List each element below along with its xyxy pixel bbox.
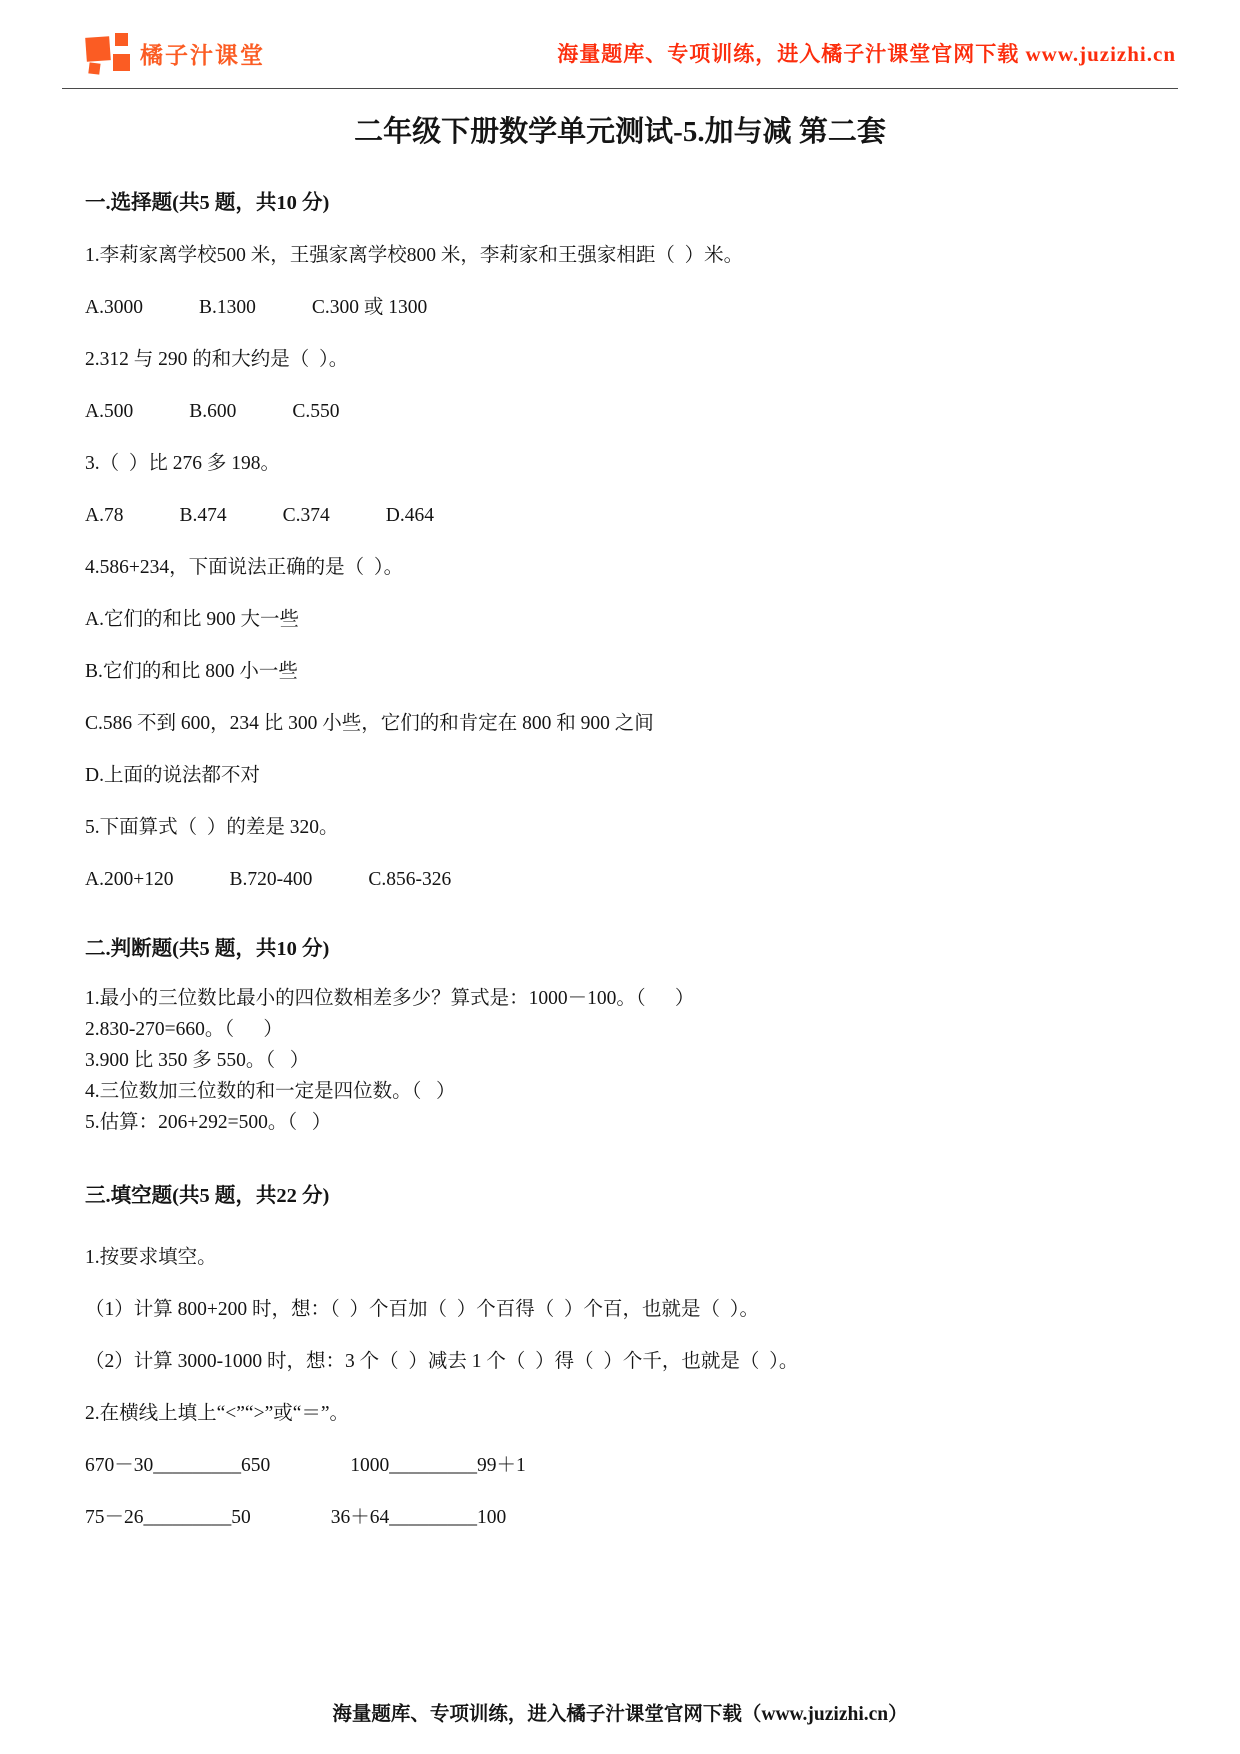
judgement-item-5: 5.估算：206+292=500。（ ） <box>85 1110 1155 1135</box>
compare-row-2: 75－26_________50 36＋64_________100 <box>85 1505 1155 1530</box>
question-2: 2.312 与 290 的和大约是（ ）。 <box>85 347 1155 372</box>
test-content: 一.选择题(共5 题，共10 分) 1.李莉家离学校500 米，王强家离学校80… <box>0 190 1240 1530</box>
brand-logo: 橘子汁课堂 <box>85 30 265 76</box>
compare-expression: 670－30_________650 <box>85 1453 270 1478</box>
judgement-item-4: 4.三位数加三位数的和一定是四位数。（ ） <box>85 1079 1155 1104</box>
option-b: B.600 <box>189 399 236 424</box>
judgement-items: 1.最小的三位数比最小的四位数相差多少？算式是：1000－100。（ ） 2.8… <box>85 986 1155 1135</box>
compare-row-1: 670－30_________650 1000_________99＋1 <box>85 1453 1155 1478</box>
question-1: 1.李莉家离学校500 米，王强家离学校800 米，李莉家和王强家相距（ ）米。 <box>85 243 1155 268</box>
footer-promo-text: 海量题库、专项训练，进入橘子汁课堂官网下载（www.juzizhi.cn） <box>0 1698 1240 1726</box>
option-c: C.856-326 <box>368 867 451 892</box>
question-1-options: A.3000 B.1300 C.300 或 1300 <box>85 295 1155 320</box>
header-divider <box>62 88 1178 89</box>
option-b: B.1300 <box>199 295 256 320</box>
question-2-options: A.500 B.600 C.550 <box>85 399 1155 424</box>
judgement-item-3: 3.900 比 350 多 550。（ ） <box>85 1048 1155 1073</box>
logo-squares-icon <box>85 30 131 76</box>
option-a: A.500 <box>85 399 133 424</box>
question-5-options: A.200+120 B.720-400 C.856-326 <box>85 867 1155 892</box>
question-4-option-a: A.它们的和比 900 大一些 <box>85 607 1155 632</box>
brand-name: 橘子汁课堂 <box>140 37 265 70</box>
section-2-heading: 二.判断题(共5 题，共10 分) <box>85 936 1155 962</box>
question-4-option-b: B.它们的和比 800 小一些 <box>85 659 1155 684</box>
question-4-option-d: D.上面的说法都不对 <box>85 763 1155 788</box>
page-header: 橘子汁课堂 海量题库、专项训练，进入橘子汁课堂官网下载 www.juzizhi.… <box>0 0 1240 76</box>
option-c: C.550 <box>292 399 339 424</box>
judgement-item-2: 2.830-270=660。（ ） <box>85 1017 1155 1042</box>
fill-question-1: 1.按要求填空。 <box>85 1245 1155 1270</box>
option-b: B.720-400 <box>229 867 312 892</box>
question-3: 3.（ ）比 276 多 198。 <box>85 451 1155 476</box>
option-c: C.300 或 1300 <box>312 295 427 320</box>
page-title: 二年级下册数学单元测试-5.加与减 第二套 <box>0 109 1240 150</box>
fill-question-1-sub-1: （1）计算 800+200 时，想：（ ）个百加（ ）个百得（ ）个百，也就是（… <box>85 1297 1155 1322</box>
fill-question-1-sub-2: （2）计算 3000-1000 时，想：3 个（ ）减去 1 个（ ）得（ ）个… <box>85 1349 1155 1374</box>
option-a: A.3000 <box>85 295 143 320</box>
compare-expression: 75－26_________50 <box>85 1505 251 1530</box>
fill-question-2: 2.在横线上填上“<”“>”或“＝”。 <box>85 1401 1155 1426</box>
document-page: 橘子汁课堂 海量题库、专项训练，进入橘子汁课堂官网下载 www.juzizhi.… <box>0 0 1240 1754</box>
option-c: C.374 <box>283 503 330 528</box>
section-3-heading: 三.填空题(共5 题，共22 分) <box>85 1183 1155 1209</box>
header-promo-text: 海量题库、专项训练，进入橘子汁课堂官网下载 www.juzizhi.cn <box>557 38 1176 68</box>
option-d: D.464 <box>386 503 434 528</box>
compare-expression: 1000_________99＋1 <box>350 1453 526 1478</box>
question-4-option-c: C.586 不到 600，234 比 300 小些，它们的和肯定在 800 和 … <box>85 711 1155 736</box>
question-4: 4.586+234，下面说法正确的是（ ）。 <box>85 555 1155 580</box>
compare-expression: 36＋64_________100 <box>331 1505 507 1530</box>
option-a: A.78 <box>85 503 123 528</box>
question-5: 5.下面算式（ ）的差是 320。 <box>85 815 1155 840</box>
question-3-options: A.78 B.474 C.374 D.464 <box>85 503 1155 528</box>
option-b: B.474 <box>179 503 226 528</box>
option-a: A.200+120 <box>85 867 173 892</box>
section-1-heading: 一.选择题(共5 题，共10 分) <box>85 190 1155 216</box>
judgement-item-1: 1.最小的三位数比最小的四位数相差多少？算式是：1000－100。（ ） <box>85 986 1155 1011</box>
